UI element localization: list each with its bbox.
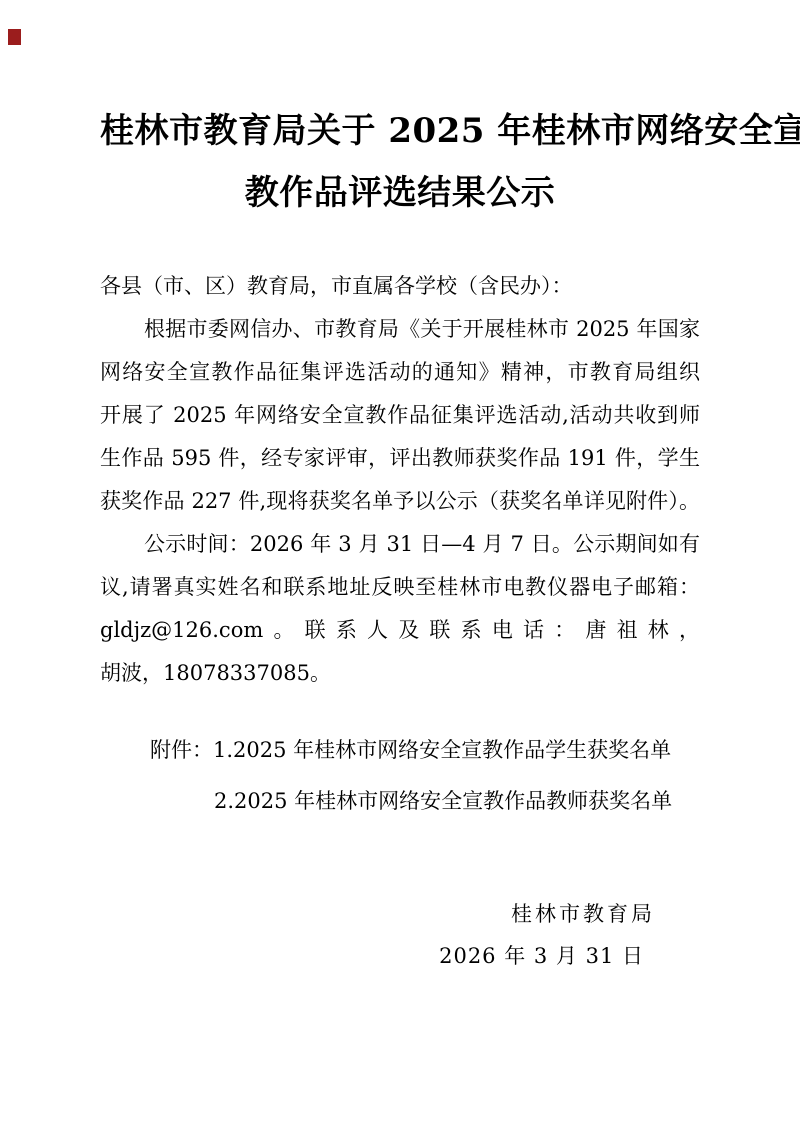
attachment-item-2: 2.2025 年桂林市网络安全宣教作品教师获奖名单 [100,776,700,827]
signature-organization: 桂林市教育局 [100,893,700,935]
document-page: 桂林市教育局关于 2025 年桂林市网络安全宣 教作品评选结果公示 各县（市、区… [0,0,800,1131]
paragraph2-line-1: 公示时间：2026 年 3 月 31 日—4 月 7 日。公示期间如有异 [100,523,700,566]
paragraph2-line-2: 议,请署真实姓名和联系地址反映至桂林市电教仪器电子邮箱： [100,566,700,609]
attachments-block: 附件：1.2025 年桂林市网络安全宣教作品学生获奖名单 2.2025 年桂林市… [100,725,700,827]
paragraph1-line-1: 根据市委网信办、市教育局《关于开展桂林市 2025 年国家 [100,308,700,351]
document-title-line-2: 教作品评选结果公示 [100,162,700,224]
paragraph1-line-3: 开展了 2025 年网络安全宣教作品征集评选活动,活动共收到师 [100,394,700,437]
paragraph1-line-4: 生作品 595 件，经专家评审，评出教师获奖作品 191 件，学生 [100,437,700,480]
signature-block: 桂林市教育局 2026 年 3 月 31 日 [100,893,700,977]
document-content: 桂林市教育局关于 2025 年桂林市网络安全宣 教作品评选结果公示 各县（市、区… [100,100,700,977]
document-title-line-1: 桂林市教育局关于 2025 年桂林市网络安全宣 [100,100,700,162]
salutation-line: 各县（市、区）教育局，市直属各学校（含民办）： [100,265,700,308]
paragraph1-line-5: 获奖作品 227 件,现将获奖名单予以公示（获奖名单详见附件）。 [100,480,700,523]
paragraph2-line-3: gldjz@126.com。联系人及联系电话：唐祖林，18677356561； [100,609,700,652]
signature-date: 2026 年 3 月 31 日 [100,935,700,977]
paragraph1-line-2: 网络安全宣教作品征集评选活动的通知》精神，市教育局组织 [100,351,700,394]
document-body: 各县（市、区）教育局，市直属各学校（含民办）： 根据市委网信办、市教育局《关于开… [100,265,700,695]
paragraph2-line-4: 胡波，18078337085。 [100,652,700,695]
red-corner-marker [8,29,21,45]
attachment-item-1: 附件：1.2025 年桂林市网络安全宣教作品学生获奖名单 [100,725,700,776]
